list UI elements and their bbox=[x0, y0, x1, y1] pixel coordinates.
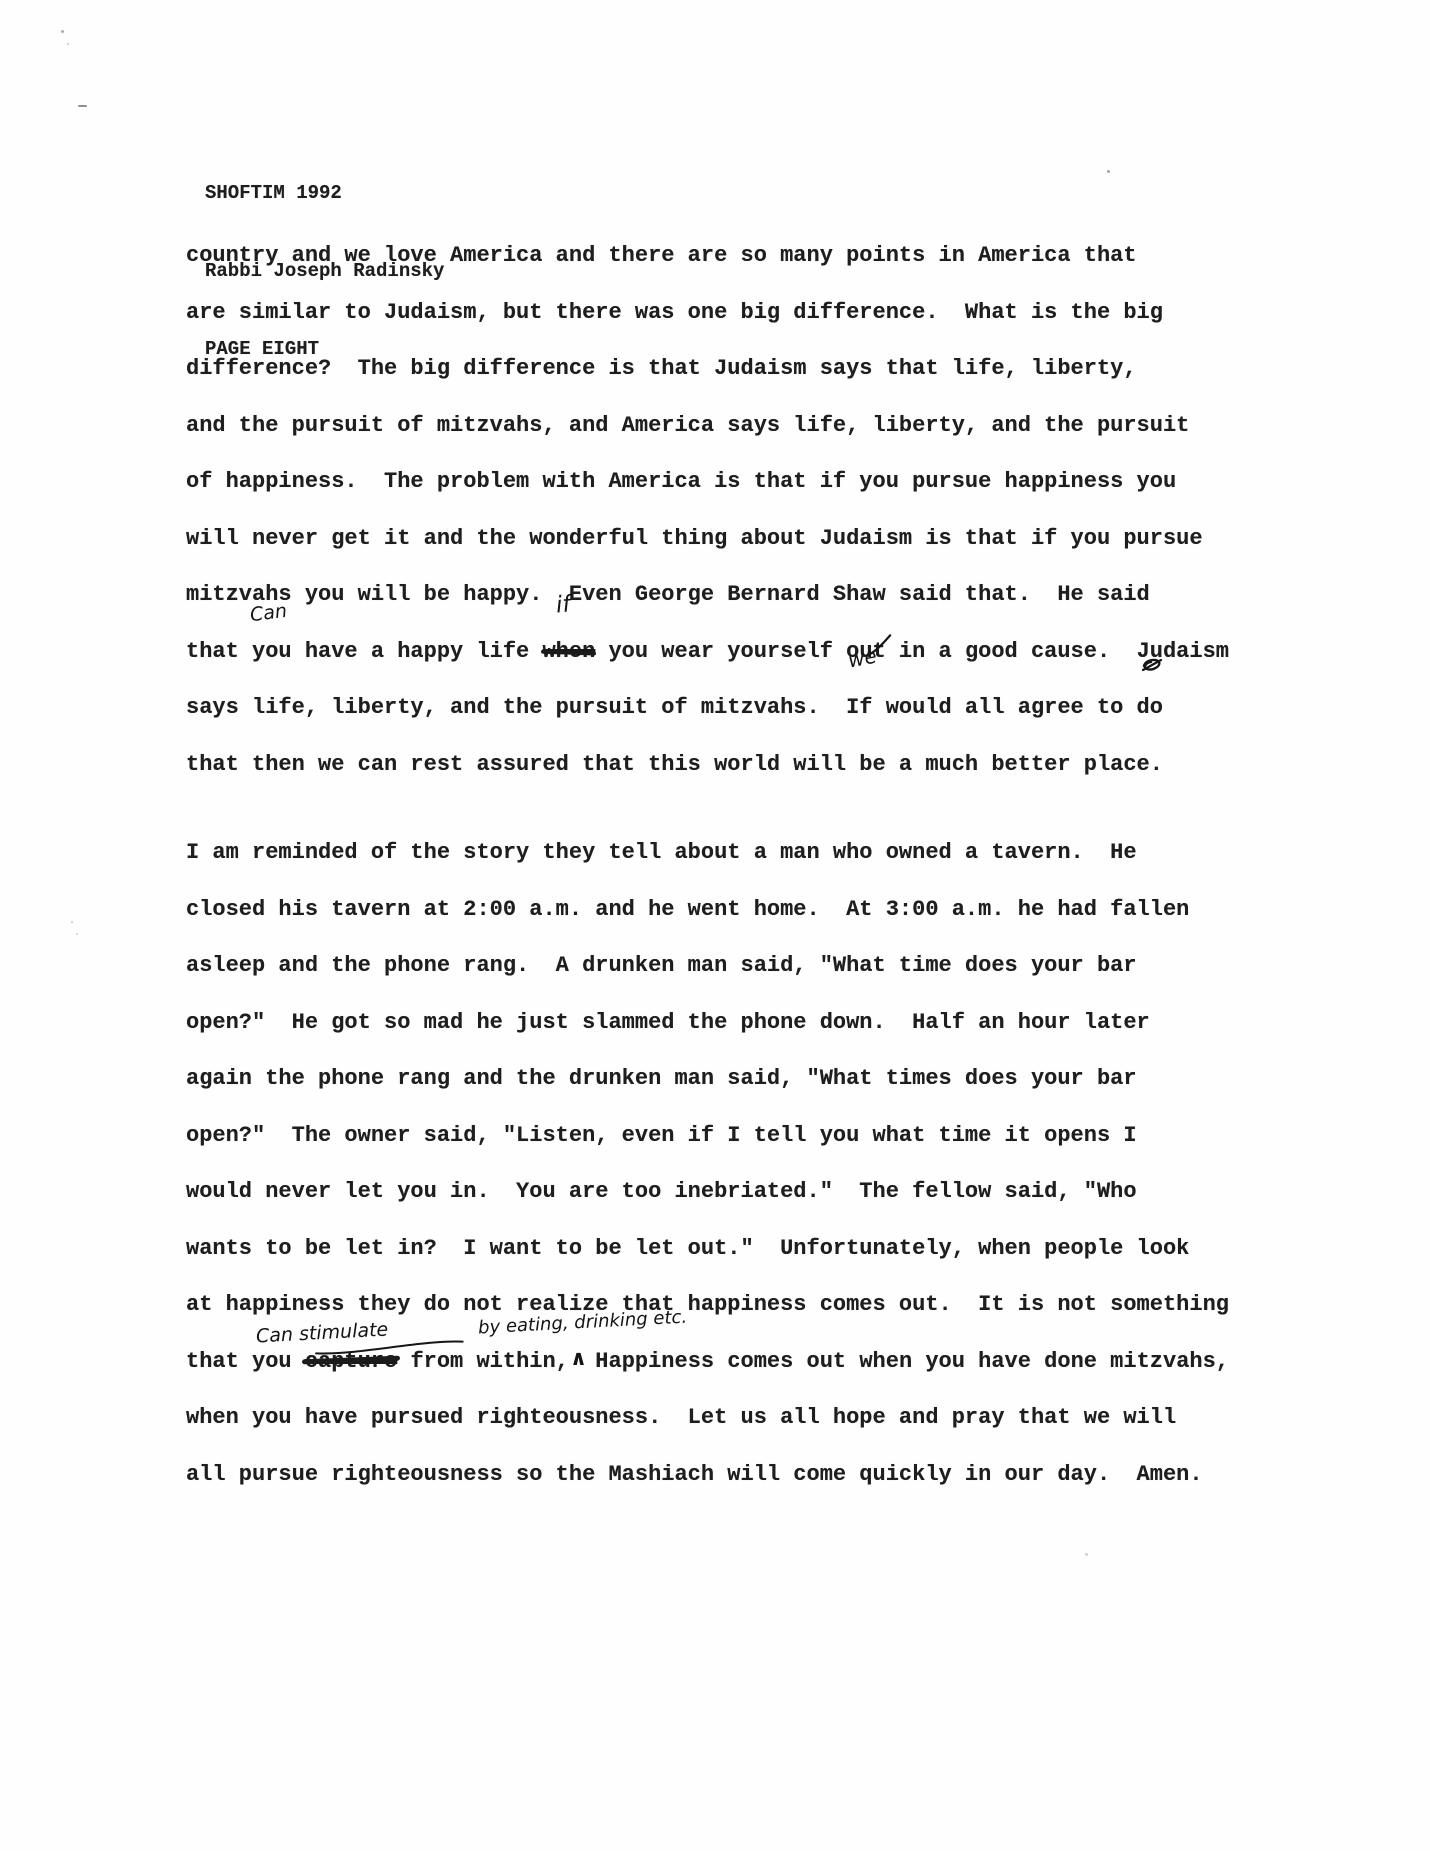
typed-line: mitzvahs you will be happy. Even George … bbox=[186, 567, 1229, 624]
typed-line: country and we love America and there ar… bbox=[186, 228, 1229, 285]
scan-artifact bbox=[1107, 170, 1110, 173]
typed-line: that then we can rest assured that this … bbox=[186, 737, 1229, 794]
typed-line: I am reminded of the story they tell abo… bbox=[186, 825, 1229, 882]
typed-line: all pursue righteousness so the Mashiach… bbox=[186, 1447, 1229, 1504]
typed-line: of happiness. The problem with America i… bbox=[186, 454, 1229, 511]
paragraph-2: I am reminded of the story they tell abo… bbox=[186, 825, 1229, 1503]
typed-text: you wear yourself out in a good cause. J… bbox=[595, 639, 1229, 664]
scan-artifact bbox=[71, 921, 73, 923]
scan-artifact bbox=[67, 43, 69, 45]
scan-artifact bbox=[61, 30, 64, 33]
typed-text: that you bbox=[186, 1349, 305, 1374]
typed-line: and the pursuit of mitzvahs, and America… bbox=[186, 398, 1229, 455]
typed-line: again the phone rang and the drunken man… bbox=[186, 1051, 1229, 1108]
typed-line: would never let you in. You are too ineb… bbox=[186, 1164, 1229, 1221]
handwritten-insert-if: if bbox=[555, 591, 572, 618]
typed-line: when you have pursued righteousness. Let… bbox=[186, 1390, 1229, 1447]
struck-word-when: when bbox=[542, 639, 595, 664]
paragraph-1: country and we love America and there ar… bbox=[186, 228, 1229, 793]
typed-line: says life, liberty, and the pursuit of m… bbox=[186, 680, 1229, 737]
typed-line: open?" He got so mad he just slammed the… bbox=[186, 995, 1229, 1052]
typed-line: closed his tavern at 2:00 a.m. and he we… bbox=[186, 882, 1229, 939]
typed-line: wants to be let in? I want to be let out… bbox=[186, 1221, 1229, 1278]
scan-artifact bbox=[76, 933, 78, 935]
scanned-document-page: SHOFTIM 1992 Rabbi Joseph Radinsky PAGE … bbox=[0, 0, 1430, 1851]
typed-line: open?" The owner said, "Listen, even if … bbox=[186, 1108, 1229, 1165]
typed-line-with-correction: that you have a happy life when you wear… bbox=[186, 624, 1229, 681]
typed-line: difference? The big difference is that J… bbox=[186, 341, 1229, 398]
insertion-caret-mark: ∧ bbox=[570, 1346, 587, 1370]
typed-text: Happiness comes out when you have done m… bbox=[569, 1349, 1229, 1374]
typed-line: are similar to Judaism, but there was on… bbox=[186, 285, 1229, 342]
sermon-title: SHOFTIM 1992 bbox=[205, 180, 444, 206]
ink-scribble-mark bbox=[1141, 657, 1163, 674]
typed-line: asleep and the phone rang. A drunken man… bbox=[186, 938, 1229, 995]
typed-text: that you have a happy life bbox=[186, 639, 542, 664]
typed-line: will never get it and the wonderful thin… bbox=[186, 511, 1229, 568]
handwritten-insert-can: Can bbox=[249, 600, 288, 626]
scan-artifact bbox=[78, 105, 87, 107]
scan-artifact bbox=[1085, 1553, 1088, 1556]
